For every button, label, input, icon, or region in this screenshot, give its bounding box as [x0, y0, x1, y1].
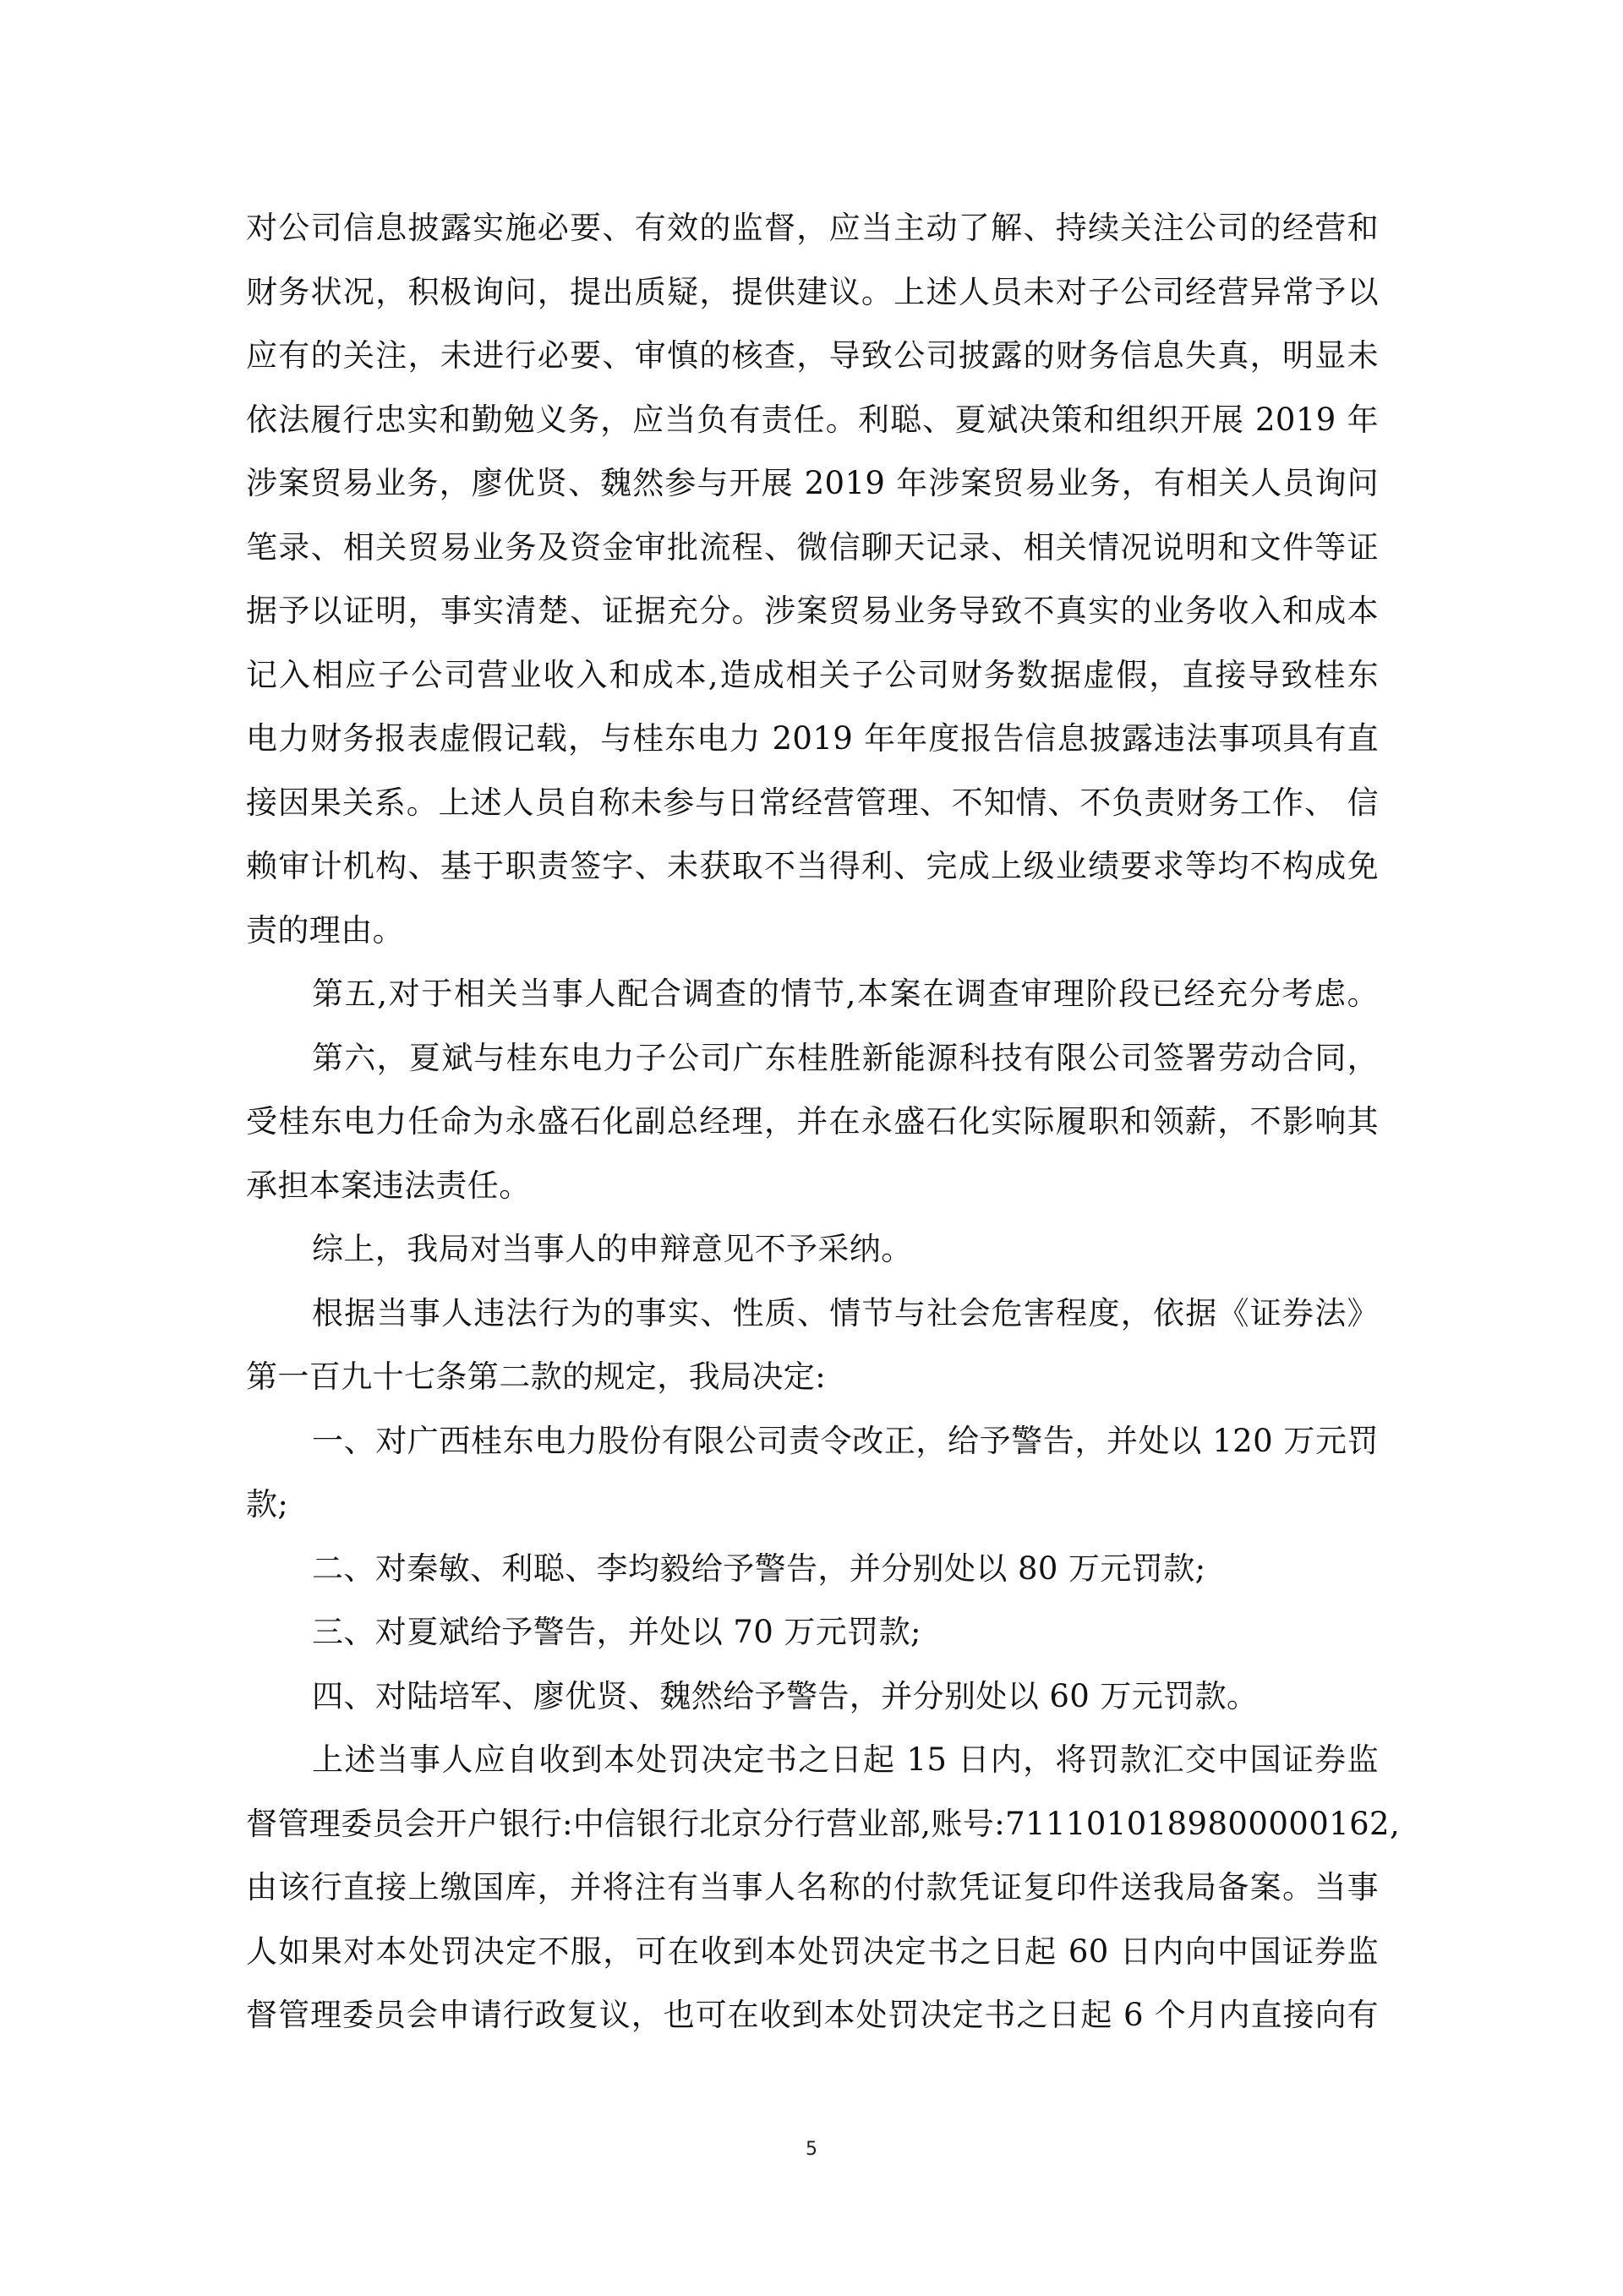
- penalty-item-4: 四、对陆培军、廖优贤、魏然给予警告，并分别处以 60 万元罚款。: [246, 1665, 1379, 1729]
- document-page: 对公司信息披露实施必要、有效的监督，应当主动了解、持续关注公司的经营和 财务状况…: [0, 0, 1623, 2296]
- document-body: 对公司信息披露实施必要、有效的监督，应当主动了解、持续关注公司的经营和 财务状况…: [246, 196, 1379, 2047]
- text-line: 第一百九十七条第二款的规定，我局决定:: [246, 1345, 1379, 1409]
- paragraph-fifth-point: 第五,对于相关当事人配合调查的情节,本案在调查审理阶段已经充分考虑。: [246, 962, 1379, 1026]
- text-line: 款;: [246, 1473, 1379, 1537]
- penalty-item-1: 一、对广西桂东电力股份有限公司责令改正，给予警告，并处以 120 万元罚: [246, 1409, 1379, 1473]
- text-line: 笔录、相关贸易业务及资金审批流程、微信聊天记录、相关情况说明和文件等证: [246, 516, 1379, 580]
- page-number: 5: [0, 2139, 1623, 2160]
- text-line: 承担本案违法责任。: [246, 1154, 1379, 1218]
- text-line: 应有的关注，未进行必要、审慎的核查，导致公司披露的财务信息失真，明显未: [246, 324, 1379, 388]
- text-line: 受桂东电力任命为永盛石化副总经理，并在永盛石化实际履职和领薪，不影响其: [246, 1090, 1379, 1154]
- text-line: 由该行直接上缴国库，并将注有当事人名称的付款凭证复印件送我局备案。当事: [246, 1856, 1379, 1920]
- text-line: 依法履行忠实和勤勉义务，应当负有责任。利聪、夏斌决策和组织开展 2019 年: [246, 388, 1379, 452]
- text-line: 电力财务报表虚假记载，与桂东电力 2019 年年度报告信息披露违法事项具有直: [246, 707, 1379, 771]
- text-line: 财务状况，积极询问，提出质疑，提供建议。上述人员未对子公司经营异常予以: [246, 260, 1379, 325]
- paragraph-payment-instructions: 上述当事人应自收到本处罚决定书之日起 15 日内，将罚款汇交中国证券监: [246, 1728, 1379, 1792]
- text-line: 赖审计机构、基于职责签字、未获取不当得利、完成上级业绩要求等均不构成免: [246, 834, 1379, 899]
- paragraph-legal-basis: 根据当事人违法行为的事实、性质、情节与社会危害程度，依据《证券法》: [246, 1282, 1379, 1346]
- text-line: 据予以证明，事实清楚、证据充分。涉案贸易业务导致不真实的业务收入和成本: [246, 579, 1379, 643]
- paragraph-conclusion: 综上，我局对当事人的申辩意见不予采纳。: [246, 1217, 1379, 1282]
- text-line: 涉案贸易业务，廖优贤、魏然参与开展 2019 年涉案贸易业务，有相关人员询问: [246, 451, 1379, 516]
- text-line: 对公司信息披露实施必要、有效的监督，应当主动了解、持续关注公司的经营和: [246, 196, 1379, 260]
- text-line: 督管理委员会开户银行:中信银行北京分行营业部,账号:71110101898000…: [246, 1792, 1379, 1856]
- paragraph-sixth-point: 第六，夏斌与桂东电力子公司广东桂胜新能源科技有限公司签署劳动合同，: [246, 1026, 1379, 1091]
- text-line: 督管理委员会申请行政复议，也可在收到本处罚决定书之日起 6 个月内直接向有: [246, 1983, 1379, 2047]
- penalty-item-2: 二、对秦敏、利聪、李均毅给予警告，并分别处以 80 万元罚款;: [246, 1537, 1379, 1601]
- text-line: 人如果对本处罚决定不服，可在收到本处罚决定书之日起 60 日内向中国证券监: [246, 1920, 1379, 1984]
- penalty-item-3: 三、对夏斌给予警告，并处以 70 万元罚款;: [246, 1600, 1379, 1665]
- text-line: 责的理由。: [246, 899, 1379, 963]
- text-line: 记入相应子公司营业收入和成本,造成相关子公司财务数据虚假，直接导致桂东: [246, 643, 1379, 708]
- text-line: 接因果关系。上述人员自称未参与日常经营管理、不知情、不负责财务工作、 信: [246, 771, 1379, 835]
